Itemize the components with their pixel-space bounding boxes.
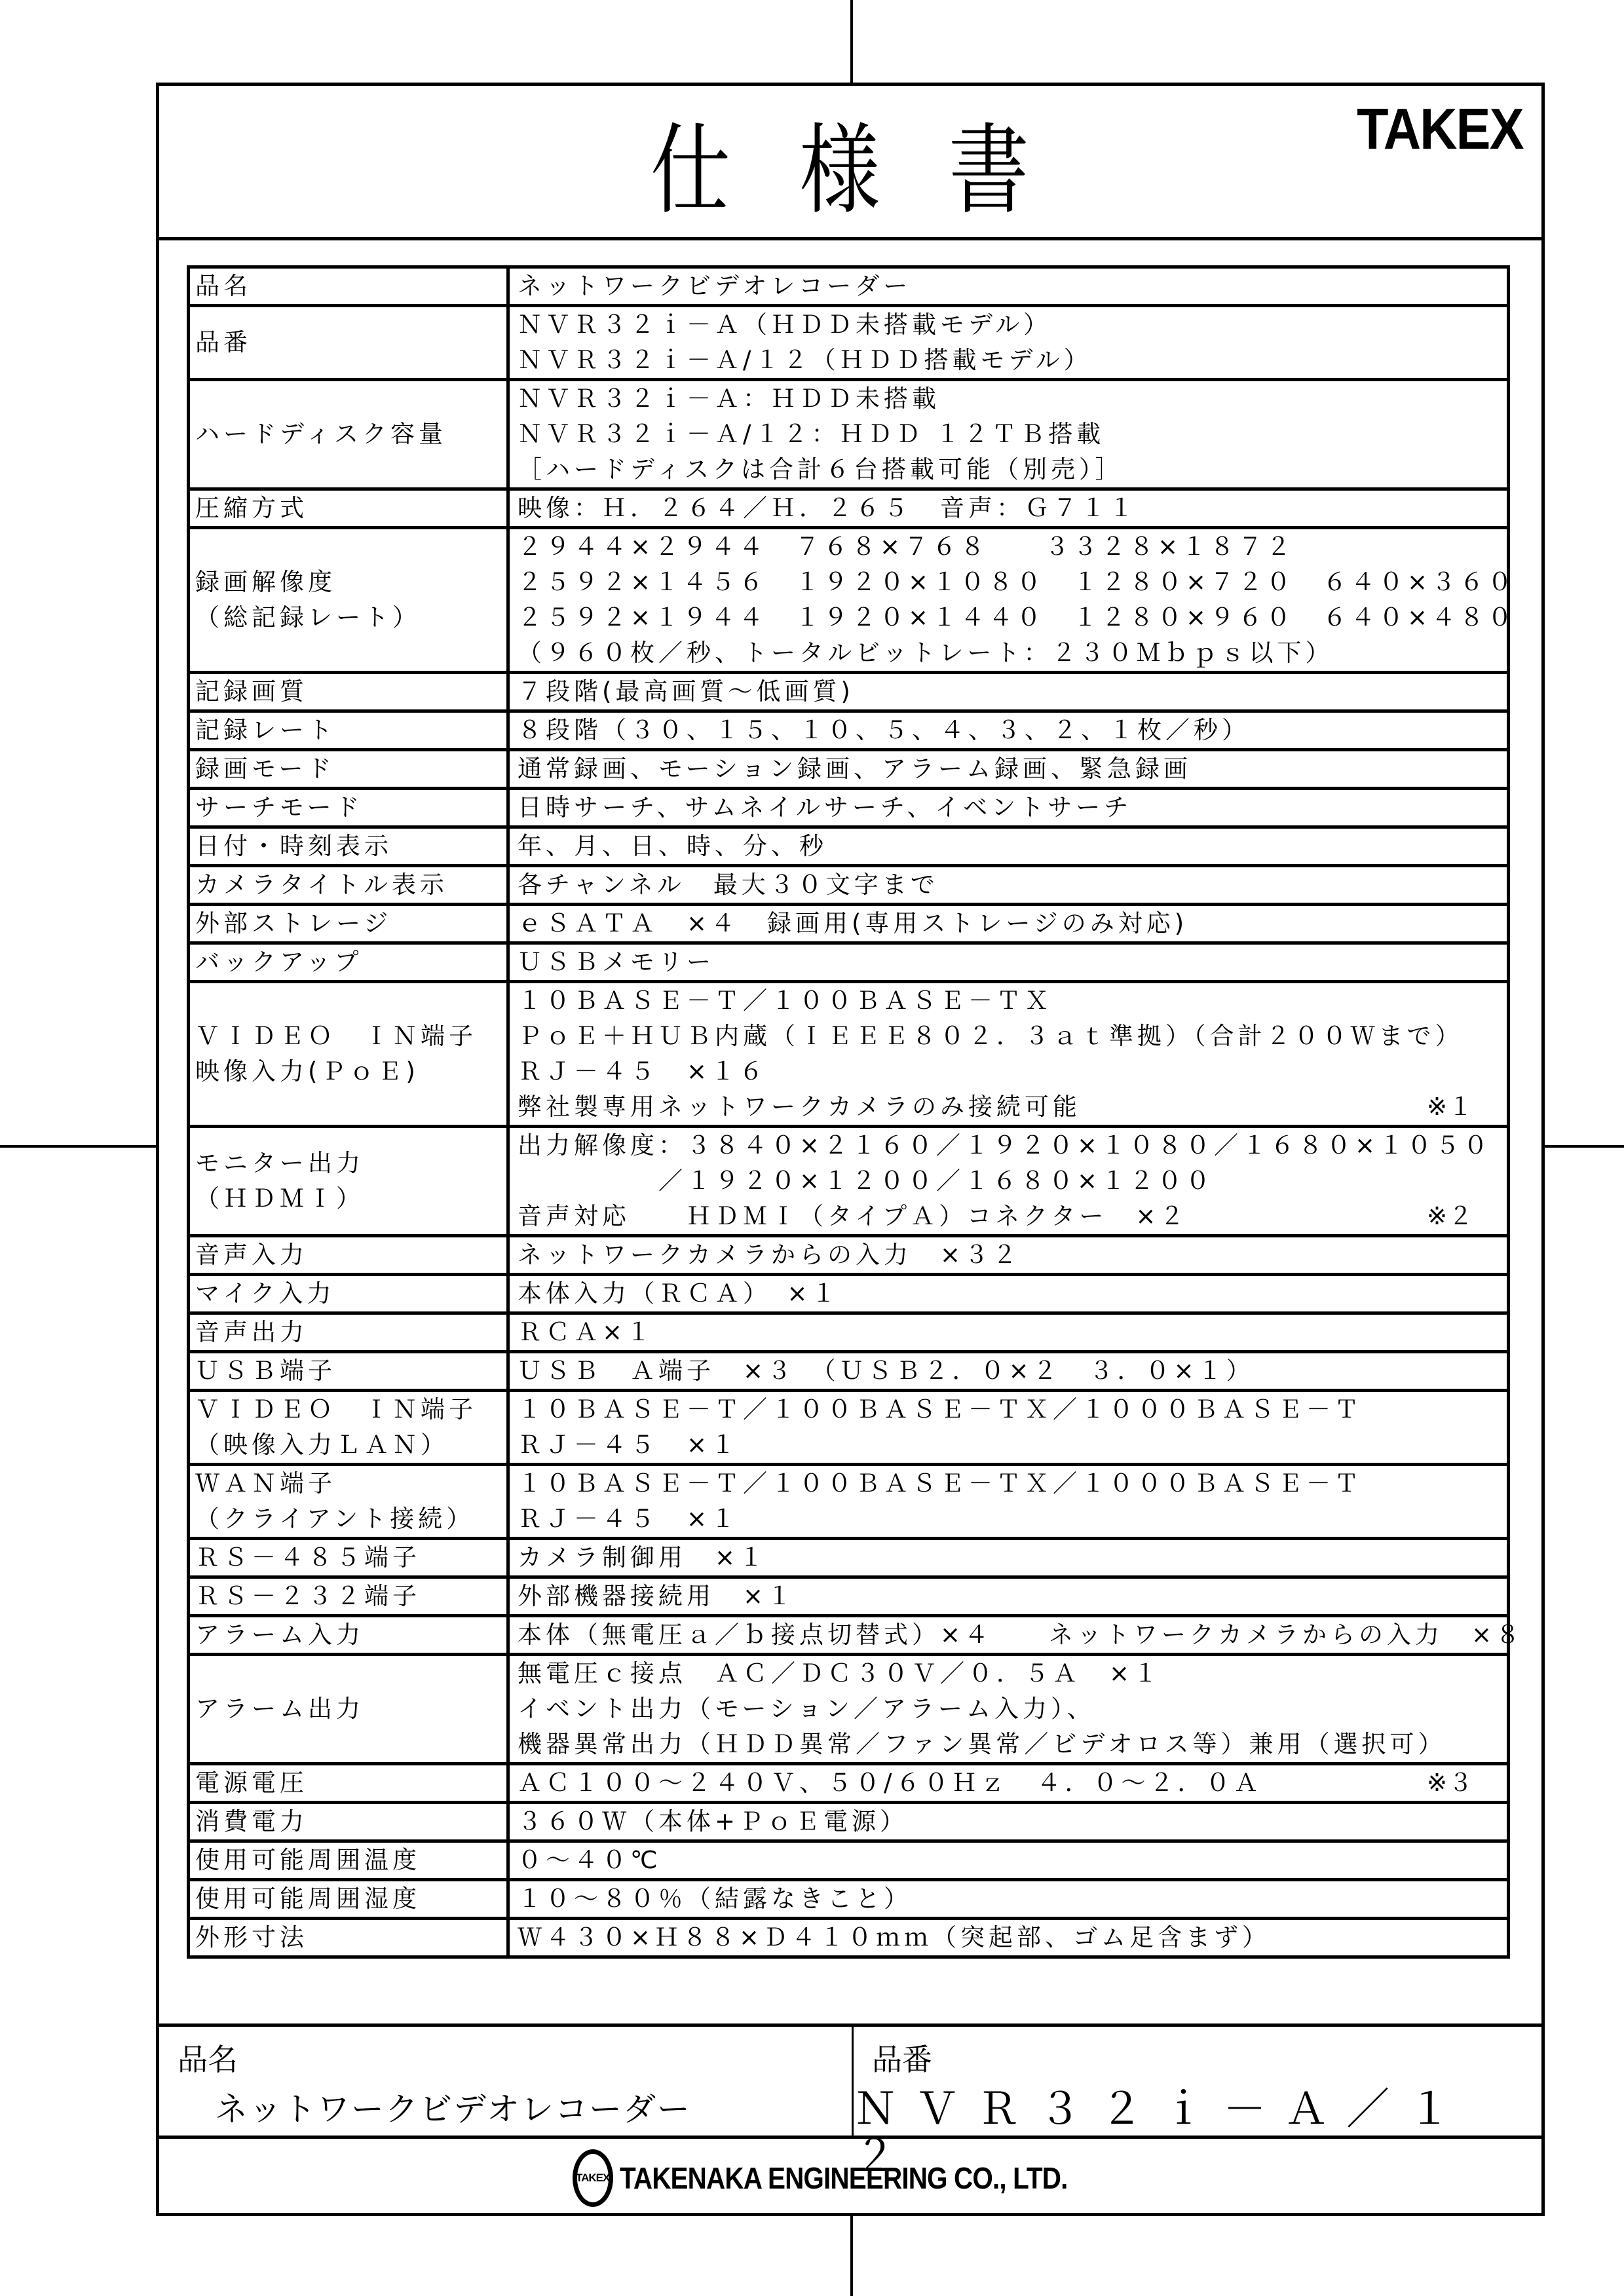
spec-value-line: ７段階(最高画質～低画質) bbox=[518, 674, 1500, 709]
spec-value: （９６０枚／秒、トータルビットレート：２３０Ｍｂｐｓ以下） bbox=[518, 639, 1334, 667]
spec-value-line: １０～８０％（結露なきこと） bbox=[518, 1881, 1500, 1917]
spec-row: ＶＩＤＥＯ ＩＮ端子（映像入力ＬＡＮ）１０ＢＡＳＥ－Ｔ／１００ＢＡＳＥ－ＴＸ／１… bbox=[189, 1391, 1509, 1465]
spec-value-line: 各チャンネル 最大３０文字まで bbox=[518, 867, 1500, 903]
spec-label: 日付・時刻表示 bbox=[195, 829, 500, 864]
spec-row: 品番ＮＶＲ３２ｉ－Ａ（ＨＤＤ未搭載モデル）ＮＶＲ３２ｉ－Ａ/１２（ＨＤＤ搭載モデ… bbox=[189, 306, 1509, 380]
spec-value-cell: 本体入力（ＲＣＡ） ×１ bbox=[508, 1275, 1509, 1313]
spec-row: 音声入力ネットワークカメラからの入力 ×３２ bbox=[189, 1236, 1509, 1275]
spec-label: バックアップ bbox=[195, 945, 500, 980]
spec-value: 映像：Ｈ．２６４／Ｈ．２６５ 音声：Ｇ７１１ bbox=[518, 494, 1137, 522]
spec-label: （総記録レート） bbox=[195, 600, 500, 635]
spec-value: ＮＶＲ３２ｉ－Ａ（ＨＤＤ未搭載モデル） bbox=[518, 311, 1051, 339]
spec-value: 日時サーチ、サムネイルサーチ、イベントサーチ bbox=[518, 793, 1132, 821]
spec-value: 各チャンネル 最大３０文字まで bbox=[518, 871, 939, 899]
spec-value-line: ネットワークビデオレコーダー bbox=[518, 269, 1500, 304]
spec-value-line: ネットワークカメラからの入力 ×３２ bbox=[518, 1237, 1500, 1273]
company-name: TAKENAKA ENGINEERING CO., LTD. bbox=[620, 2160, 1068, 2196]
spec-value: １０ＢＡＳＥ－Ｔ／１００ＢＡＳＥ－ＴＸ bbox=[518, 987, 1053, 1015]
spec-row: 日付・時刻表示年、月、日、時、分、秒 bbox=[189, 827, 1509, 866]
spec-value: カメラ制御用 ×１ bbox=[518, 1543, 767, 1571]
company-logo-text: TAKEX bbox=[576, 2172, 609, 2185]
spec-value: ＲＣＡ×１ bbox=[518, 1318, 654, 1346]
spec-row: ＵＳＢ端子ＵＳＢ Ａ端子 ×３ （ＵＳＢ２．０×２ ３．０×１） bbox=[189, 1352, 1509, 1391]
spec-label: アラーム出力 bbox=[195, 1691, 500, 1727]
spec-value: ＮＶＲ３２ｉ－Ａ/１２：ＨＤＤ １２ＴＢ搭載 bbox=[518, 420, 1105, 448]
spec-value-line: （９６０枚／秒、トータルビットレート：２３０Ｍｂｐｓ以下） bbox=[518, 635, 1500, 671]
spec-row: アラーム出力無電圧ｃ接点 ＡＣ／ＤＣ３０Ｖ／０．５Ａ ×１イベント出力（モーショ… bbox=[189, 1655, 1509, 1764]
spec-value: ｅＳＡＴＡ ×４ 録画用(専用ストレージのみ対応) bbox=[518, 909, 1188, 937]
footer-product-name-label: 品名 bbox=[178, 2041, 238, 2078]
spec-label-cell: ハードディスク容量 bbox=[189, 380, 508, 489]
spec-row: 記録レート８段階（３０、１５、１０、５、４、３、２、１枚／秒） bbox=[189, 711, 1509, 750]
spec-value-line: ＲＪ－４５ ×１ bbox=[518, 1427, 1500, 1463]
spec-label: 外部ストレージ bbox=[195, 906, 500, 941]
spec-value-line: 本体入力（ＲＣＡ） ×１ bbox=[518, 1276, 1500, 1311]
spec-value-cell: 各チャンネル 最大３０文字まで bbox=[508, 866, 1509, 905]
spec-row: 電源電圧ＡＣ１００～２４０Ｖ、５０/６０Ｈｚ ４．０～２．０Ａ※３ bbox=[189, 1764, 1509, 1803]
spec-row: 外部ストレージｅＳＡＴＡ ×４ 録画用(専用ストレージのみ対応) bbox=[189, 905, 1509, 943]
registration-mark-top bbox=[850, 0, 853, 83]
spec-value-line: 映像：Ｈ．２６４／Ｈ．２６５ 音声：Ｇ７１１ bbox=[518, 491, 1500, 526]
spec-row: ＲＳ－２３２端子外部機器接続用 ×１ bbox=[189, 1577, 1509, 1616]
spec-value: 外部機器接続用 ×１ bbox=[518, 1582, 795, 1610]
spec-value: 出力解像度：３８４０×２１６０／１９２０×１０８０／１６８０×１０５０ bbox=[518, 1131, 1492, 1159]
spec-row: 録画解像度（総記録レート）２９４４×２９４４ ７６８×７６８ ３３２８×１８７２… bbox=[189, 528, 1509, 673]
spec-label: サーチモード bbox=[195, 790, 500, 825]
document-frame: 仕 様 書 TAKEX 品名ネットワークビデオレコーダー品番ＮＶＲ３２ｉ－Ａ（Ｈ… bbox=[156, 83, 1545, 2216]
spec-value-line: ＰｏＥ＋ＨＵＢ内蔵（ＩＥＥＥ８０２．３ａｔ準拠）（合計２００Ｗまで） bbox=[518, 1019, 1500, 1054]
spec-label-cell: アラーム出力 bbox=[189, 1655, 508, 1764]
spec-value: 機器異常出力（ＨＤＤ異常／ファン異常／ビデオロス等）兼用（選択可） bbox=[518, 1730, 1446, 1758]
spec-value-cell: ネットワークビデオレコーダー bbox=[508, 267, 1509, 306]
spec-row: 録画モード通常録画、モーション録画、アラーム録画、緊急録画 bbox=[189, 750, 1509, 789]
spec-label: 音声入力 bbox=[195, 1237, 500, 1273]
spec-label-cell: マイク入力 bbox=[189, 1275, 508, 1313]
spec-value-line: 弊社製専用ネットワークカメラのみ接続可能※１ bbox=[518, 1089, 1500, 1125]
company-band: TAKEX TAKENAKA ENGINEERING CO., LTD. bbox=[159, 2139, 1541, 2213]
spec-value: ／１９２０×１２００／１６８０×１２００ bbox=[518, 1167, 1214, 1195]
spec-value: ＮＶＲ３２ｉ－Ａ：ＨＤＤ未搭載 bbox=[518, 385, 940, 413]
spec-value-cell: 無電圧ｃ接点 ＡＣ／ＤＣ３０Ｖ／０．５Ａ ×１イベント出力（モーション／アラーム… bbox=[508, 1655, 1509, 1764]
spec-value: ＵＳＢメモリー bbox=[518, 948, 715, 976]
spec-row: ハードディスク容量ＮＶＲ３２ｉ－Ａ：ＨＤＤ未搭載ＮＶＲ３２ｉ－Ａ/１２：ＨＤＤ … bbox=[189, 380, 1509, 489]
spec-value: 本体（無電圧ａ／ｂ接点切替式）×４ ネットワークカメラからの入力 ×８ bbox=[518, 1621, 1524, 1649]
spec-value-line: ＡＣ１００～２４０Ｖ、５０/６０Ｈｚ ４．０～２．０Ａ※３ bbox=[518, 1765, 1500, 1801]
spec-value: 音声対応 ＨＤＭＩ（タイプＡ）コネクター ×２ bbox=[518, 1202, 1188, 1230]
spec-row: サーチモード日時サーチ、サムネイルサーチ、イベントサーチ bbox=[189, 789, 1509, 827]
spec-value-cell: ２９４４×２９４４ ７６８×７６８ ３３２８×１８７２２５９２×１４５６ １９２… bbox=[508, 528, 1509, 673]
spec-label-cell: ＷＡＮ端子（クライアント接続） bbox=[189, 1465, 508, 1539]
spec-value-line: ２５９２×１４５６ １９２０×１０８０ １２８０×７２０ ６４０×３６０ bbox=[518, 565, 1500, 600]
spec-value: 無電圧ｃ接点 ＡＣ／ＤＣ３０Ｖ／０．５Ａ ×１ bbox=[518, 1659, 1161, 1687]
spec-label: ＵＳＢ端子 bbox=[195, 1353, 500, 1389]
spec-row: ＷＡＮ端子（クライアント接続）１０ＢＡＳＥ－Ｔ／１００ＢＡＳＥ－ＴＸ／１０００Ｂ… bbox=[189, 1465, 1509, 1539]
spec-value: １０～８０％（結露なきこと） bbox=[518, 1885, 912, 1913]
spec-value-line: ３６０Ｗ（本体+ＰｏＥ電源） bbox=[518, 1804, 1500, 1839]
spec-value-line: 年、月、日、時、分、秒 bbox=[518, 829, 1500, 864]
spec-value-line: ［ハードディスクは合計６台搭載可能（別売）］ bbox=[518, 452, 1500, 487]
registration-mark-left bbox=[0, 1145, 156, 1148]
spec-table-body: 品名ネットワークビデオレコーダー品番ＮＶＲ３２ｉ－Ａ（ＨＤＤ未搭載モデル）ＮＶＲ… bbox=[189, 267, 1509, 1957]
spec-row: アラーム入力本体（無電圧ａ／ｂ接点切替式）×４ ネットワークカメラからの入力 ×… bbox=[189, 1616, 1509, 1655]
spec-value-line: ＵＳＢメモリー bbox=[518, 945, 1500, 980]
spec-value: ＲＪ－４５ ×１ bbox=[518, 1431, 739, 1459]
spec-value: ＡＣ１００～２４０Ｖ、５０/６０Ｈｚ ４．０～２．０Ａ bbox=[518, 1769, 1262, 1797]
spec-value: ７段階(最高画質～低画質) bbox=[518, 677, 854, 706]
spec-label-cell: 外部ストレージ bbox=[189, 905, 508, 943]
spec-label-cell: 記録レート bbox=[189, 711, 508, 750]
spec-value-line: 外部機器接続用 ×１ bbox=[518, 1579, 1500, 1614]
spec-row: ＶＩＤＥＯ ＩＮ端子映像入力(ＰｏＥ)１０ＢＡＳＥ－Ｔ／１００ＢＡＳＥ－ＴＸＰｏ… bbox=[189, 982, 1509, 1127]
spec-value: ８段階（３０、１５、１０、５、４、３、２、１枚／秒） bbox=[518, 716, 1250, 744]
spec-value-line: １０ＢＡＳＥ－Ｔ／１００ＢＡＳＥ－ＴＸ bbox=[518, 983, 1500, 1019]
spec-value-cell: 映像：Ｈ．２６４／Ｈ．２６５ 音声：Ｇ７１１ bbox=[508, 489, 1509, 528]
spec-label-cell: 記録画質 bbox=[189, 673, 508, 711]
spec-value-line: Ｗ４３０×Ｈ８８×Ｄ４１０ｍｍ（突起部、ゴム足含まず） bbox=[518, 1920, 1500, 1955]
footer-product-number-label: 品番 bbox=[872, 2041, 932, 2078]
spec-value-line: 日時サーチ、サムネイルサーチ、イベントサーチ bbox=[518, 790, 1500, 825]
spec-label: ＷＡＮ端子 bbox=[195, 1466, 500, 1501]
spec-label-cell: 使用可能周囲湿度 bbox=[189, 1880, 508, 1919]
spec-value: ２５９２×１４５６ １９２０×１０８０ １２８０×７２０ ６４０×３６０ bbox=[518, 568, 1516, 596]
spec-value: ネットワークカメラからの入力 ×３２ bbox=[518, 1241, 1021, 1269]
spec-value-cell: １０～８０％（結露なきこと） bbox=[508, 1880, 1509, 1919]
spec-label-cell: ＶＩＤＥＯ ＩＮ端子（映像入力ＬＡＮ） bbox=[189, 1391, 508, 1465]
spec-row: 消費電力３６０Ｗ（本体+ＰｏＥ電源） bbox=[189, 1803, 1509, 1841]
spec-value-line: 本体（無電圧ａ／ｂ接点切替式）×４ ネットワークカメラからの入力 ×８ bbox=[518, 1617, 1500, 1653]
spec-label: 映像入力(ＰｏＥ) bbox=[195, 1054, 500, 1089]
spec-label: （映像入力ＬＡＮ） bbox=[195, 1427, 500, 1463]
spec-value: ＰｏＥ＋ＨＵＢ内蔵（ＩＥＥＥ８０２．３ａｔ準拠）（合計２００Ｗまで） bbox=[518, 1022, 1463, 1050]
spec-label-cell: ＲＳ－４８５端子 bbox=[189, 1539, 508, 1577]
spec-label-cell: モニター出力（ＨＤＭＩ） bbox=[189, 1127, 508, 1236]
spec-value-line: ／１９２０×１２００／１６８０×１２００ bbox=[518, 1163, 1500, 1199]
spec-table: 品名ネットワークビデオレコーダー品番ＮＶＲ３２ｉ－Ａ（ＨＤＤ未搭載モデル）ＮＶＲ… bbox=[187, 265, 1510, 1959]
spec-value: Ｗ４３０×Ｈ８８×Ｄ４１０ｍｍ（突起部、ゴム足含まず） bbox=[518, 1923, 1270, 1951]
spec-value-cell: 日時サーチ、サムネイルサーチ、イベントサーチ bbox=[508, 789, 1509, 827]
spec-row: マイク入力本体入力（ＲＣＡ） ×１ bbox=[189, 1275, 1509, 1313]
spec-label: モニター出力 bbox=[195, 1146, 500, 1181]
spec-value-line: ０～４０℃ bbox=[518, 1843, 1500, 1878]
spec-value-line: 出力解像度：３８４０×２１６０／１９２０×１０８０／１６８０×１０５０ bbox=[518, 1128, 1500, 1163]
spec-row: 記録画質７段階(最高画質～低画質) bbox=[189, 673, 1509, 711]
spec-label: 消費電力 bbox=[195, 1804, 500, 1839]
spec-label-cell: カメラタイトル表示 bbox=[189, 866, 508, 905]
spec-label-cell: 品名 bbox=[189, 267, 508, 306]
spec-label-cell: ＲＳ－２３２端子 bbox=[189, 1577, 508, 1616]
spec-value: ３６０Ｗ（本体+ＰｏＥ電源） bbox=[518, 1807, 908, 1835]
footer-product-number-cell: 品番 ＮＶＲ３２ｉ－Ａ／１２ bbox=[854, 2027, 1541, 2136]
spec-label-cell: 使用可能周囲温度 bbox=[189, 1841, 508, 1880]
spec-value-cell: ＡＣ１００～２４０Ｖ、５０/６０Ｈｚ ４．０～２．０Ａ※３ bbox=[508, 1764, 1509, 1803]
spec-row: 使用可能周囲温度０～４０℃ bbox=[189, 1841, 1509, 1880]
spec-row: モニター出力（ＨＤＭＩ）出力解像度：３８４０×２１６０／１９２０×１０８０／１６… bbox=[189, 1127, 1509, 1236]
spec-label-cell: ＶＩＤＥＯ ＩＮ端子映像入力(ＰｏＥ) bbox=[189, 982, 508, 1127]
spec-label: ＶＩＤＥＯ ＩＮ端子 bbox=[195, 1392, 500, 1427]
footnote-marker: ※１ bbox=[1427, 1089, 1474, 1125]
brand-logo: TAKEX bbox=[1357, 96, 1523, 162]
spec-label: （クライアント接続） bbox=[195, 1501, 500, 1537]
spec-value-line: ＮＶＲ３２ｉ－Ａ（ＨＤＤ未搭載モデル） bbox=[518, 307, 1500, 343]
spec-value-line: ８段階（３０、１５、１０、５、４、３、２、１枚／秒） bbox=[518, 713, 1500, 748]
spec-value-line: イベント出力（モーション／アラーム入力）、 bbox=[518, 1691, 1500, 1727]
spec-value-line: ｅＳＡＴＡ ×４ 録画用(専用ストレージのみ対応) bbox=[518, 906, 1500, 941]
spec-row: 圧縮方式映像：Ｈ．２６４／Ｈ．２６５ 音声：Ｇ７１１ bbox=[189, 489, 1509, 528]
spec-value: 本体入力（ＲＣＡ） ×１ bbox=[518, 1279, 840, 1308]
spec-value: 弊社製専用ネットワークカメラのみ接続可能 bbox=[518, 1093, 1081, 1121]
spec-value-cell: １０ＢＡＳＥ－Ｔ／１００ＢＡＳＥ－ＴＸＰｏＥ＋ＨＵＢ内蔵（ＩＥＥＥ８０２．３ａｔ… bbox=[508, 982, 1509, 1127]
spec-value-cell: ＵＳＢメモリー bbox=[508, 943, 1509, 982]
spec-label-cell: アラーム入力 bbox=[189, 1616, 508, 1655]
spec-value-line: 無電圧ｃ接点 ＡＣ／ＤＣ３０Ｖ／０．５Ａ ×１ bbox=[518, 1656, 1500, 1691]
spec-label-cell: 圧縮方式 bbox=[189, 489, 508, 528]
spec-value: ＵＳＢ Ａ端子 ×３ （ＵＳＢ２．０×２ ３．０×１） bbox=[518, 1357, 1255, 1385]
spec-row: 品名ネットワークビデオレコーダー bbox=[189, 267, 1509, 306]
spec-value-cell: ３６０Ｗ（本体+ＰｏＥ電源） bbox=[508, 1803, 1509, 1841]
spec-label: 使用可能周囲湿度 bbox=[195, 1881, 500, 1917]
spec-value-cell: ７段階(最高画質～低画質) bbox=[508, 673, 1509, 711]
spec-label-cell: 電源電圧 bbox=[189, 1764, 508, 1803]
spec-label: 外形寸法 bbox=[195, 1920, 500, 1955]
spec-value-line: ＲＣＡ×１ bbox=[518, 1315, 1500, 1350]
spec-label-cell: サーチモード bbox=[189, 789, 508, 827]
registration-mark-right bbox=[1545, 1145, 1624, 1148]
spec-value-cell: ＮＶＲ３２ｉ－Ａ：ＨＤＤ未搭載ＮＶＲ３２ｉ－Ａ/１２：ＨＤＤ １２ＴＢ搭載［ハー… bbox=[508, 380, 1509, 489]
spec-label: マイク入力 bbox=[195, 1276, 500, 1311]
spec-row: ＲＳ－４８５端子カメラ制御用 ×１ bbox=[189, 1539, 1509, 1577]
spec-value: ＮＶＲ３２ｉ－Ａ/１２（ＨＤＤ搭載モデル） bbox=[518, 346, 1092, 374]
spec-value-line: ２５９２×１９４４ １９２０×１４４０ １２８０×９６０ ６４０×４８０ bbox=[518, 600, 1500, 635]
spec-label: 圧縮方式 bbox=[195, 491, 500, 526]
spec-value-cell: 本体（無電圧ａ／ｂ接点切替式）×４ ネットワークカメラからの入力 ×８ bbox=[508, 1616, 1509, 1655]
spec-label: 品名 bbox=[195, 269, 500, 304]
spec-value: １０ＢＡＳＥ－Ｔ／１００ＢＡＳＥ－ＴＸ／１０００ＢＡＳＥ－Ｔ bbox=[518, 1395, 1363, 1423]
spec-label: カメラタイトル表示 bbox=[195, 867, 500, 903]
spec-label-cell: 録画解像度（総記録レート） bbox=[189, 528, 508, 673]
spec-label: 録画解像度 bbox=[195, 565, 500, 600]
spec-value: ［ハードディスクは合計６台搭載可能（別売）］ bbox=[518, 455, 1124, 483]
spec-value-cell: １０ＢＡＳＥ－Ｔ／１００ＢＡＳＥ－ＴＸ／１０００ＢＡＳＥ－ＴＲＪ－４５ ×１ bbox=[508, 1391, 1509, 1465]
spec-value: ＲＪ－４５ ×１６ bbox=[518, 1057, 767, 1085]
spec-label-cell: ＵＳＢ端子 bbox=[189, 1352, 508, 1391]
spec-value-line: 機器異常出力（ＨＤＤ異常／ファン異常／ビデオロス等）兼用（選択可） bbox=[518, 1727, 1500, 1762]
spec-value-line: カメラ制御用 ×１ bbox=[518, 1540, 1500, 1575]
spec-value-cell: ネットワークカメラからの入力 ×３２ bbox=[508, 1236, 1509, 1275]
spec-label-cell: 音声入力 bbox=[189, 1236, 508, 1275]
footnote-marker: ※３ bbox=[1427, 1765, 1474, 1801]
spec-value-line: ＵＳＢ Ａ端子 ×３ （ＵＳＢ２．０×２ ３．０×１） bbox=[518, 1353, 1500, 1389]
spec-label: ハードディスク容量 bbox=[195, 417, 500, 452]
spec-value-cell: カメラ制御用 ×１ bbox=[508, 1539, 1509, 1577]
spec-value: ＲＪ－４５ ×１ bbox=[518, 1505, 739, 1533]
spec-value-line: ２９４４×２９４４ ７６８×７６８ ３３２８×１８７２ bbox=[518, 529, 1500, 565]
spec-value-cell: ＮＶＲ３２ｉ－Ａ（ＨＤＤ未搭載モデル）ＮＶＲ３２ｉ－Ａ/１２（ＨＤＤ搭載モデル） bbox=[508, 306, 1509, 380]
spec-value: ２５９２×１９４４ １９２０×１４４０ １２８０×９６０ ６４０×４８０ bbox=[518, 603, 1516, 631]
spec-label: 電源電圧 bbox=[195, 1765, 500, 1801]
spec-value-cell: ＲＣＡ×１ bbox=[508, 1313, 1509, 1352]
spec-label: （ＨＤＭＩ） bbox=[195, 1181, 500, 1216]
spec-label-cell: 消費電力 bbox=[189, 1803, 508, 1841]
footer-product-name: ネットワークビデオレコーダー bbox=[215, 2090, 691, 2129]
spec-value: １０ＢＡＳＥ－Ｔ／１００ＢＡＳＥ－ＴＸ／１０００ＢＡＳＥ－Ｔ bbox=[518, 1469, 1363, 1497]
spec-value-line: ＮＶＲ３２ｉ－Ａ/１２（ＨＤＤ搭載モデル） bbox=[518, 343, 1500, 378]
spec-row: 外形寸法Ｗ４３０×Ｈ８８×Ｄ４１０ｍｍ（突起部、ゴム足含まず） bbox=[189, 1919, 1509, 1957]
spec-label-cell: 音声出力 bbox=[189, 1313, 508, 1352]
spec-row: カメラタイトル表示各チャンネル 最大３０文字まで bbox=[189, 866, 1509, 905]
spec-value-cell: 外部機器接続用 ×１ bbox=[508, 1577, 1509, 1616]
spec-value-line: １０ＢＡＳＥ－Ｔ／１００ＢＡＳＥ－ＴＸ／１０００ＢＡＳＥ－Ｔ bbox=[518, 1392, 1500, 1427]
spec-value-line: 通常録画、モーション録画、アラーム録画、緊急録画 bbox=[518, 751, 1500, 787]
spec-value-cell: ０～４０℃ bbox=[508, 1841, 1509, 1880]
title-band: 仕 様 書 TAKEX bbox=[159, 86, 1541, 240]
spec-label-cell: バックアップ bbox=[189, 943, 508, 982]
spec-label: ＲＳ－４８５端子 bbox=[195, 1540, 500, 1575]
spec-label: 録画モード bbox=[195, 751, 500, 787]
spec-value-line: ＮＶＲ３２ｉ－Ａ/１２：ＨＤＤ １２ＴＢ搭載 bbox=[518, 417, 1500, 452]
spec-value: ネットワークビデオレコーダー bbox=[518, 272, 911, 300]
spec-label: 使用可能周囲温度 bbox=[195, 1843, 500, 1878]
spec-value-cell: ＵＳＢ Ａ端子 ×３ （ＵＳＢ２．０×２ ３．０×１） bbox=[508, 1352, 1509, 1391]
spec-label-cell: 外形寸法 bbox=[189, 1919, 508, 1957]
spec-value-line: ＲＪ－４５ ×１ bbox=[518, 1501, 1500, 1537]
spec-value-cell: １０ＢＡＳＥ－Ｔ／１００ＢＡＳＥ－ＴＸ／１０００ＢＡＳＥ－ＴＲＪ－４５ ×１ bbox=[508, 1465, 1509, 1539]
footnote-marker: ※２ bbox=[1427, 1199, 1474, 1234]
spec-value: ０～４０℃ bbox=[518, 1846, 662, 1874]
spec-value-line: ＮＶＲ３２ｉ－Ａ：ＨＤＤ未搭載 bbox=[518, 381, 1500, 417]
page-title: 仕 様 書 bbox=[284, 112, 1417, 230]
spec-value-cell: ｅＳＡＴＡ ×４ 録画用(専用ストレージのみ対応) bbox=[508, 905, 1509, 943]
spec-label: アラーム入力 bbox=[195, 1617, 500, 1653]
spec-value: ２９４４×２９４４ ７６８×７６８ ３３２８×１８７２ bbox=[518, 533, 1294, 561]
company-signature: TAKEX TAKENAKA ENGINEERING CO., LTD. bbox=[159, 2145, 1541, 2211]
spec-row: バックアップＵＳＢメモリー bbox=[189, 943, 1509, 982]
spec-value-line: ＲＪ－４５ ×１６ bbox=[518, 1054, 1500, 1089]
spec-label-cell: 録画モード bbox=[189, 750, 508, 789]
spec-row: 音声出力ＲＣＡ×１ bbox=[189, 1313, 1509, 1352]
spec-value-line: 音声対応 ＨＤＭＩ（タイプＡ）コネクター ×２※２ bbox=[518, 1199, 1500, 1234]
spec-value-cell: 年、月、日、時、分、秒 bbox=[508, 827, 1509, 866]
spec-label: 記録画質 bbox=[195, 674, 500, 709]
spec-value: 通常録画、モーション録画、アラーム録画、緊急録画 bbox=[518, 755, 1192, 783]
spec-value-cell: 通常録画、モーション録画、アラーム録画、緊急録画 bbox=[508, 750, 1509, 789]
spec-label: 品番 bbox=[195, 325, 500, 360]
spec-value-cell: 出力解像度：３８４０×２１６０／１９２０×１０８０／１６８０×１０５０ ／１９２… bbox=[508, 1127, 1509, 1236]
spec-value-cell: Ｗ４３０×Ｈ８８×Ｄ４１０ｍｍ（突起部、ゴム足含まず） bbox=[508, 1919, 1509, 1957]
spec-label: ＲＳ－２３２端子 bbox=[195, 1579, 500, 1614]
spec-label: ＶＩＤＥＯ ＩＮ端子 bbox=[195, 1019, 500, 1054]
spec-label: 記録レート bbox=[195, 713, 500, 748]
spec-label: 音声出力 bbox=[195, 1315, 500, 1350]
spec-label-cell: 日付・時刻表示 bbox=[189, 827, 508, 866]
registration-mark-bottom bbox=[850, 2216, 853, 2296]
spec-value-cell: ８段階（３０、１５、１０、５、４、３、２、１枚／秒） bbox=[508, 711, 1509, 750]
spec-value-line: １０ＢＡＳＥ－Ｔ／１００ＢＡＳＥ－ＴＸ／１０００ＢＡＳＥ－Ｔ bbox=[518, 1466, 1500, 1501]
footer-product-info: 品名 ネットワークビデオレコーダー 品番 ＮＶＲ３２ｉ－Ａ／１２ bbox=[159, 2023, 1541, 2139]
spec-value: 年、月、日、時、分、秒 bbox=[518, 832, 827, 860]
spec-value: イベント出力（モーション／アラーム入力）、 bbox=[518, 1695, 1095, 1723]
spec-row: 使用可能周囲湿度１０～８０％（結露なきこと） bbox=[189, 1880, 1509, 1919]
footer-product-name-cell: 品名 ネットワークビデオレコーダー bbox=[159, 2027, 854, 2136]
spec-label-cell: 品番 bbox=[189, 306, 508, 380]
takex-circle-logo-icon: TAKEX bbox=[573, 2149, 613, 2207]
